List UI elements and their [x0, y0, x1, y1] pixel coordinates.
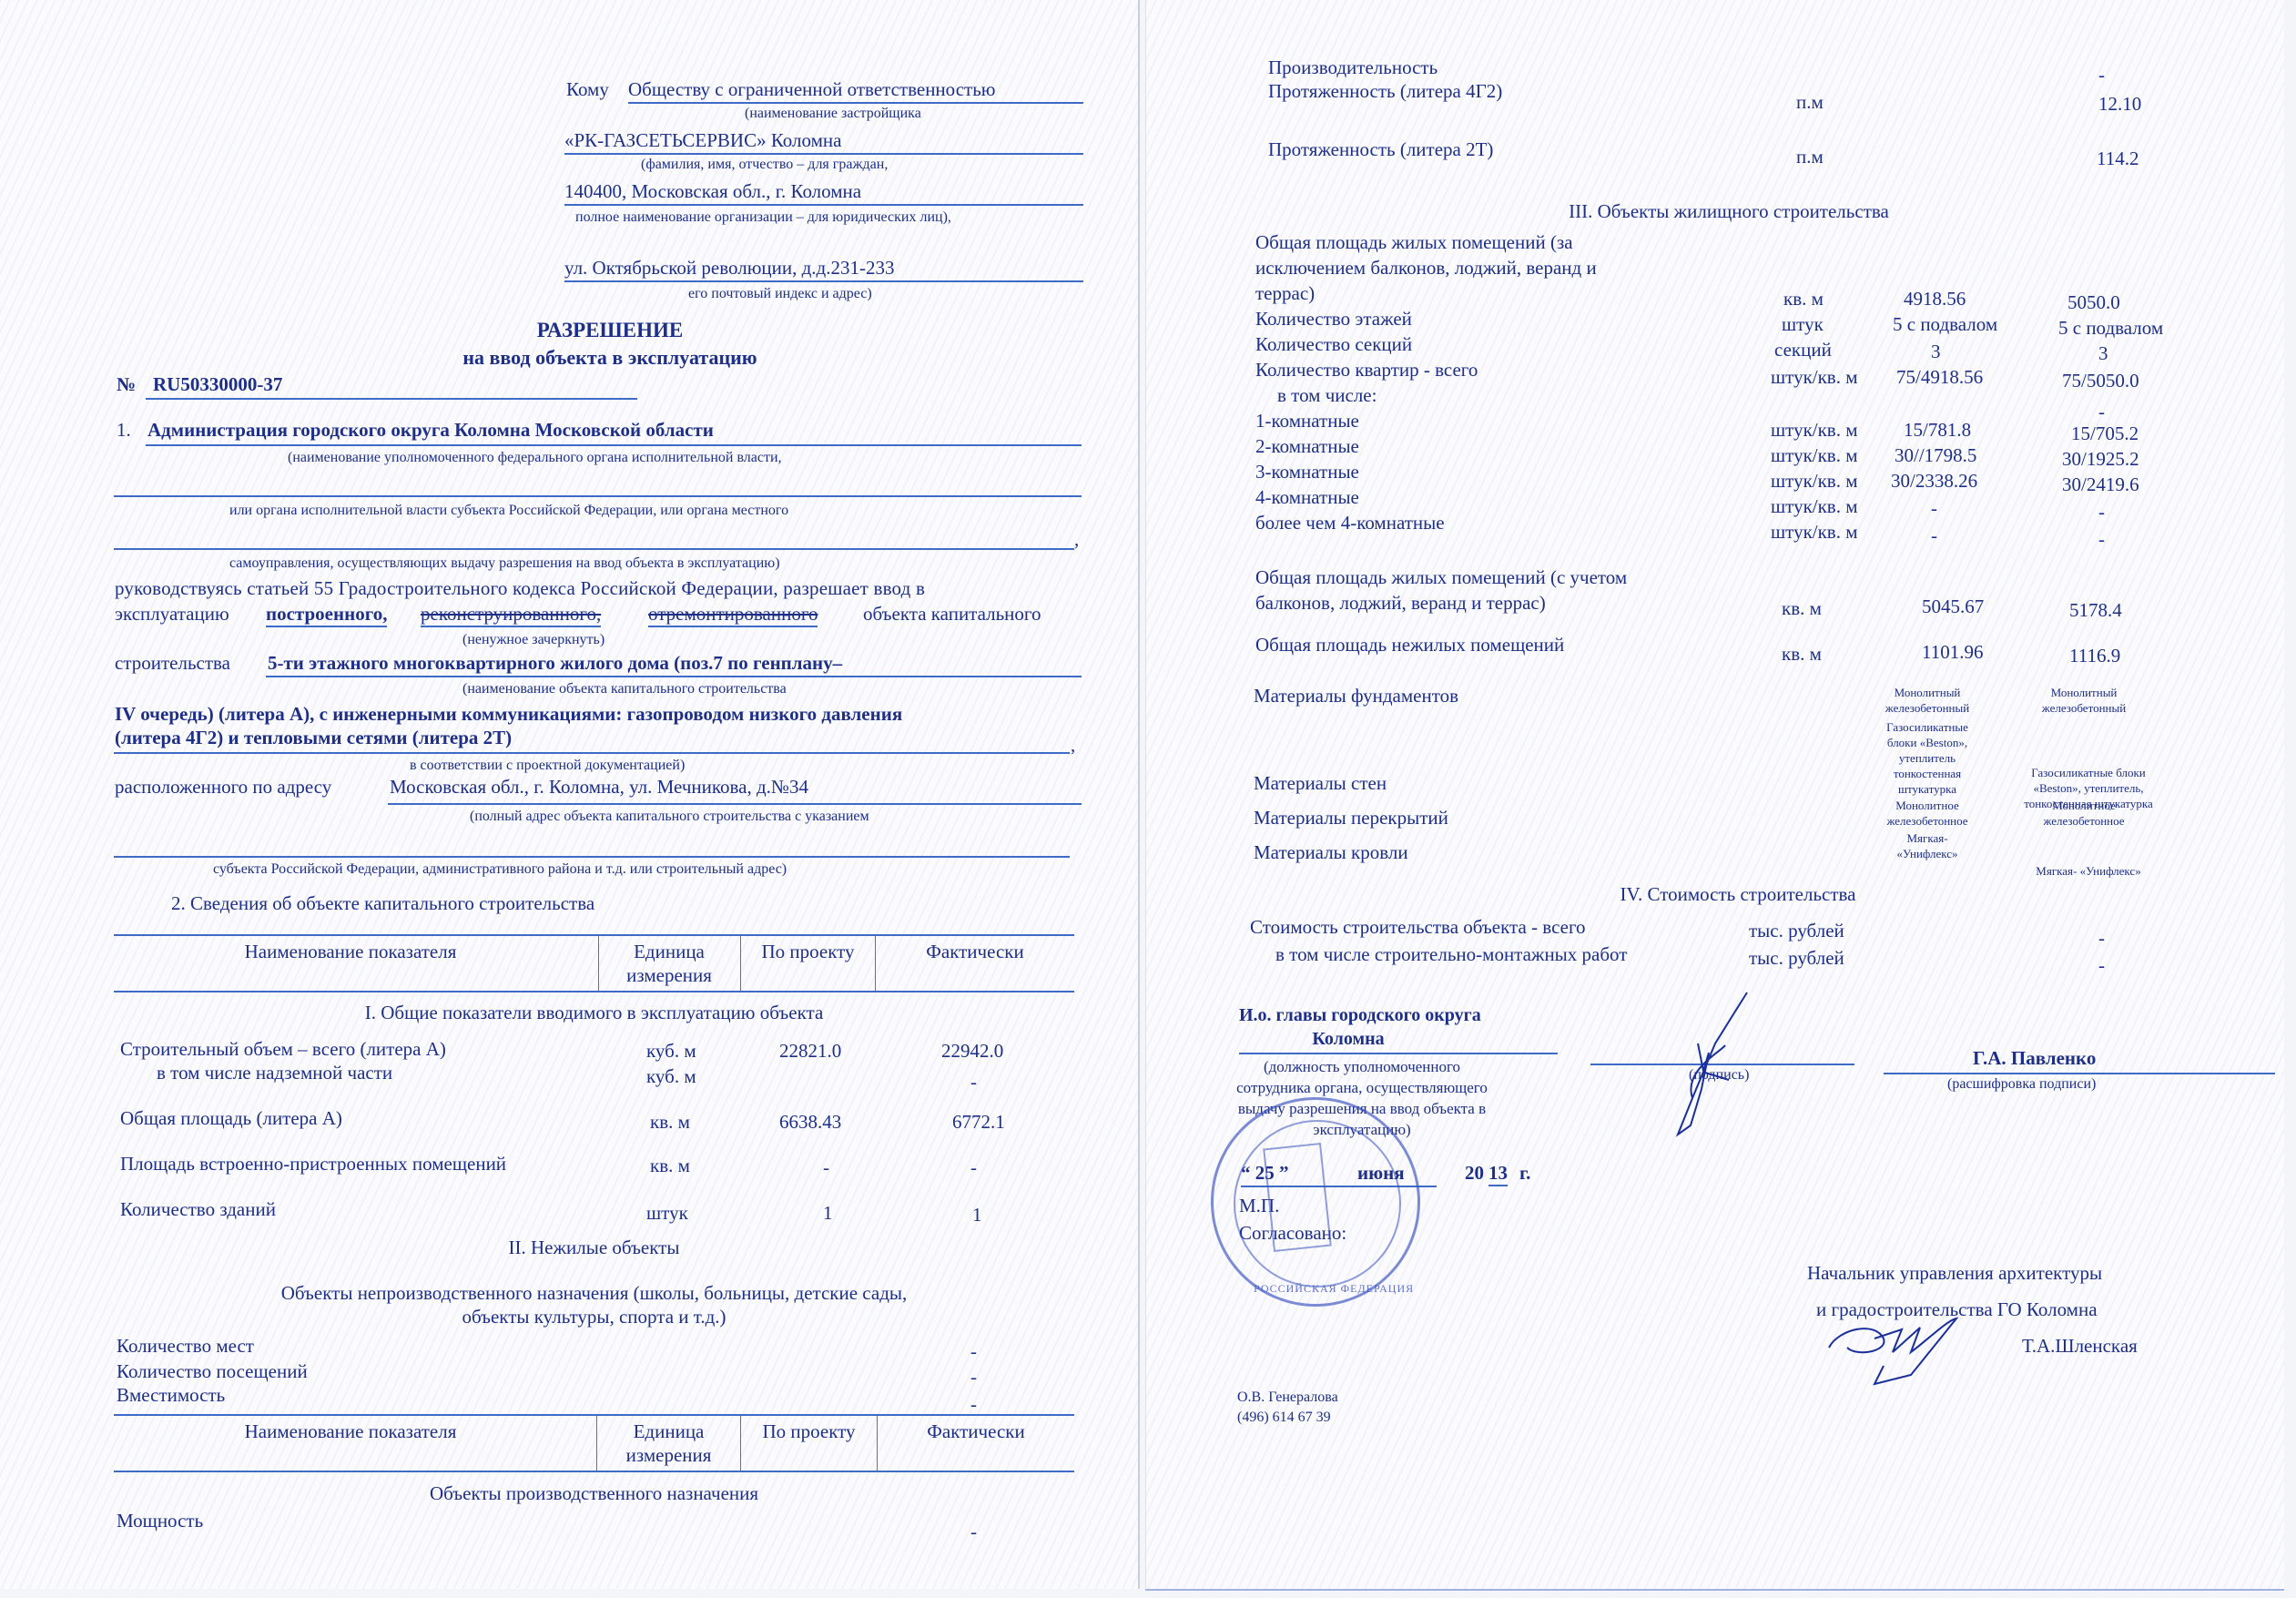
row-label: в том числе: [1277, 384, 1377, 407]
total-with-balconies-label-2: балконов, лоджий, веранд и террас) [1255, 592, 1546, 615]
row-label: Площадь встроенно-пристроенных помещений [120, 1153, 506, 1176]
row-unit: тыс. рублей [1749, 947, 1844, 970]
materials-roof-label: Материалы кровли [1254, 841, 1408, 864]
comma: , [1071, 734, 1075, 757]
row-project: 15/781.8 [1904, 419, 1971, 442]
row-unit: кв. м [650, 1111, 690, 1134]
stamp-caption: РОССИЙСКАЯ ФЕДЕРАЦИЯ [1254, 1282, 1414, 1296]
authority-name: Администрация городского округа Коломна … [147, 419, 714, 442]
date-year-prefix: 20 [1465, 1162, 1484, 1185]
row-project: 75/4918.56 [1896, 366, 1983, 389]
col-unit: Единица измерения [596, 1416, 740, 1471]
strike-hint: (ненужное зачеркнуть) [462, 632, 604, 648]
addressee-hint-3: полное наименование организации – для юр… [575, 209, 951, 226]
row-actual: - [970, 1156, 977, 1179]
row-unit: п.м [1796, 91, 1824, 114]
row-unit: куб. м [646, 1065, 696, 1088]
row-unit: штук/кв. м [1771, 366, 1858, 389]
underline [628, 102, 1083, 104]
section-2-title: 2. Сведения об объекте капитального стро… [171, 892, 594, 915]
row-project: 3 [1931, 341, 1941, 363]
row-unit: кв. м [1782, 643, 1822, 666]
row-unit: кв. м [1783, 288, 1824, 310]
row-project: - [1931, 497, 1937, 520]
project-walls: Газосиликатные блоки «Beston», утеплител… [1884, 719, 1971, 797]
section-II-title: II. Нежилые объекты [114, 1237, 1074, 1259]
row-actual: 3 [2098, 342, 2108, 365]
left-page: Кому Обществу с ограниченной ответственн… [0, 0, 1140, 1589]
row-actual: - [2098, 528, 2105, 551]
living-area-label-2: исключением балконов, лоджий, веранд и [1255, 257, 1597, 280]
row-unit: п.м [1796, 146, 1824, 168]
underline [146, 444, 1082, 446]
row-unit: штук/кв. м [1771, 419, 1858, 442]
row-actual: - [970, 1340, 977, 1363]
underline [114, 752, 1070, 754]
approver-name: Т.А.Шленская [2022, 1335, 2138, 1358]
signature-hint: (подпись) [1689, 1067, 1749, 1084]
addressee-hint-4: его почтовый индекс и адрес) [688, 286, 872, 302]
row-actual: - [2098, 501, 2105, 524]
section-I-title: I. Общие показатели вводимого в эксплуат… [114, 1002, 1074, 1024]
project-roof: Мягкая- «Унифлекс» [1891, 830, 1964, 861]
object-name-line-3: (литера 4Г2) и тепловыми сетями (литера … [115, 727, 512, 749]
option-reconstructed: реконструированного, [421, 603, 601, 627]
row-actual: 1116.9 [2069, 645, 2120, 667]
underline [1884, 1073, 2275, 1074]
row-unit: штук/кв. м [1771, 444, 1858, 467]
row-actual: 5050.0 [2067, 291, 2120, 314]
row-actual: 30/2419.6 [2062, 473, 2139, 496]
row-actual: 15/705.2 [2071, 422, 2139, 445]
project-foundation: Монолитный железобетонный [1884, 685, 1971, 716]
object-hint-2: в соответствии с проектной документацией… [410, 758, 685, 774]
addressee-hint-2: (фамилия, имя, отчество – для граждан, [641, 157, 888, 173]
materials-foundation-label: Материалы фундаментов [1254, 685, 1458, 707]
underline [1239, 1053, 1558, 1054]
paragraph-suffix: объекта капитального [863, 603, 1041, 626]
table-header: Наименование показателя Единица измерени… [114, 1414, 1074, 1472]
underline [114, 856, 1070, 858]
row-actual: 114.2 [2097, 148, 2139, 170]
row-label: более чем 4-комнатные [1255, 512, 1445, 534]
row-actual: 5 с подвалом [2058, 317, 2163, 340]
section-III-title: III. Объекты жилищного строительства [1246, 200, 2211, 223]
object-address: Московская обл., г. Коломна, ул. Мечнико… [390, 776, 808, 799]
row-actual: - [2098, 401, 2105, 423]
permit-number: RU50330000-37 [153, 373, 282, 396]
underline [564, 204, 1083, 206]
row-label: 4-комнатные [1255, 486, 1359, 509]
row-unit: штук [646, 1202, 688, 1225]
materials-walls-label: Материалы стен [1254, 772, 1387, 795]
prod-title: Объекты производственного назначения [114, 1482, 1074, 1505]
row-project: 22821.0 [779, 1040, 841, 1063]
row-actual: - [2098, 64, 2105, 87]
row-unit: кв. м [1782, 597, 1822, 620]
col-project: По проекту [740, 936, 875, 991]
row-actual: - [970, 1366, 977, 1389]
col-actual: Фактически [875, 936, 1074, 991]
row-actual: - [970, 1521, 977, 1543]
row-label: Количество секций [1255, 333, 1412, 356]
underline [564, 280, 1083, 282]
underline [266, 676, 1082, 677]
underline [146, 398, 637, 400]
actual-floors: Монолитное железобетонное [2038, 798, 2129, 829]
row-actual: - [970, 1071, 977, 1094]
actual-roof: Мягкая- «Унифлекс» [2020, 863, 2157, 879]
row-project: 1 [823, 1202, 833, 1225]
to-label: Кому [566, 78, 609, 101]
row-label: Количество этажей [1255, 308, 1412, 331]
nonprod-title-2: объекты культуры, спорта и т.д.) [114, 1306, 1074, 1328]
col-name: Наименование показателя [114, 1416, 587, 1471]
row-unit: штук/кв. м [1771, 470, 1858, 493]
row-actual: 30/1925.2 [2062, 448, 2139, 471]
contact-name: О.В. Генералова [1237, 1389, 1338, 1406]
row-actual: - [2098, 954, 2105, 977]
project-floors: Монолитное железобетонное [1884, 798, 1971, 829]
row-label: Протяженность (литера 4Г2) [1268, 80, 1502, 103]
underline [114, 548, 1074, 550]
addressee-line-4: ул. Октябрьской революции, д.д.231-233 [564, 257, 894, 280]
paragraph-line-1: руководствуясь статьей 55 Градостроитель… [115, 577, 925, 600]
row-actual: 6772.1 [952, 1111, 1005, 1134]
materials-floors-label: Материалы перекрытий [1254, 807, 1448, 830]
signatory-name-hint: (расшифровка подписи) [1947, 1076, 2096, 1093]
row-label: Количество квартир - всего [1255, 359, 1478, 382]
row-actual: - [970, 1393, 977, 1416]
total-with-balconies-label-1: Общая площадь жилых помещений (с учетом [1255, 566, 1627, 589]
row-unit: кв. м [650, 1155, 690, 1177]
row-project: 30//1798.5 [1895, 444, 1976, 467]
row-unit: штук [1782, 313, 1824, 336]
row-label: Количество мест [117, 1335, 254, 1358]
option-built: построенного, [266, 603, 387, 627]
row-label: в том числе надземной части [157, 1062, 392, 1084]
section-IV-title: IV. Стоимость строительства [1547, 883, 1929, 906]
signature-icon [1820, 1311, 1984, 1393]
row-label: Стоимость строительства объекта - всего [1250, 916, 1586, 939]
row-unit: куб. м [646, 1040, 696, 1063]
authority-hint-1: (наименование уполномоченного федерально… [288, 450, 782, 466]
row-label: Количество зданий [120, 1198, 276, 1221]
signatory-name: Г.А. Павленко [1973, 1047, 2096, 1070]
comma: , [1074, 528, 1079, 551]
row-label: Производительность [1268, 56, 1438, 79]
row-unit: штук/кв. м [1771, 521, 1858, 544]
underline [114, 495, 1082, 497]
living-area-label-1: Общая площадь жилых помещений (за [1255, 231, 1573, 254]
row-unit: штук/кв. м [1771, 495, 1858, 518]
right-page: Производительность - Протяженность (лите… [1145, 0, 2284, 1591]
col-unit: Единица измерения [598, 936, 739, 991]
row-label: 2-комнатные [1255, 435, 1359, 458]
number-label: № [117, 373, 136, 396]
row-label: в том числе строительно-монтажных работ [1275, 943, 1627, 966]
actual-foundation: Монолитный железобетонный [2038, 685, 2129, 716]
signatory-position-1: И.о. главы городского округа [1239, 1005, 1458, 1026]
nonprod-title-1: Объекты непроизводственного назначения (… [114, 1282, 1074, 1305]
row-unit: тыс. рублей [1749, 920, 1844, 942]
addressee-line-3: 140400, Московская обл., г. Коломна [564, 180, 861, 203]
row-project: 5 с подвалом [1893, 313, 1997, 336]
address-hint-2: субъекта Российской Федерации, администр… [213, 861, 787, 878]
underline [388, 803, 1082, 805]
date-year: 13 [1488, 1162, 1508, 1186]
row-label: Протяженность (литера 2Т) [1268, 138, 1493, 161]
contact-phone: (496) 614 67 39 [1237, 1410, 1331, 1426]
signatory-position-2: Коломна [1239, 1029, 1458, 1050]
official-stamp-icon: РОССИЙСКАЯ ФЕДЕРАЦИЯ [1211, 1097, 1420, 1307]
addressee-hint-1: (наименование застройщика [745, 106, 921, 122]
col-name: Наименование показателя [114, 936, 587, 991]
object-name-line-1: 5-ти этажного многоквартирного жилого до… [268, 652, 842, 675]
living-area-label-3: террас) [1255, 282, 1315, 305]
object-name-line-2: IV очередь) (литера А), с инженерными ко… [115, 703, 902, 726]
row-project: 1101.96 [1922, 641, 1983, 664]
authority-number: 1. [117, 419, 131, 442]
date-year-suffix: г. [1519, 1162, 1530, 1185]
option-repaired: отремонтированного [648, 603, 818, 627]
row-label: Строительный объем – всего (литера А) [120, 1038, 446, 1061]
address-prefix: расположенного по адресу [115, 776, 331, 799]
row-actual: 5178.4 [2069, 599, 2122, 622]
authority-hint-3: самоуправления, осуществляющих выдачу ра… [229, 555, 780, 572]
row-label: Вместимость [117, 1384, 225, 1407]
row-actual: 12.10 [2098, 93, 2141, 116]
row-label: 3-комнатные [1255, 461, 1359, 483]
row-label: Количество посещений [117, 1360, 308, 1383]
row-label: Мощность [117, 1510, 203, 1532]
object-prefix: строительства [115, 652, 230, 675]
row-project: 4918.56 [1904, 288, 1966, 310]
row-unit: секций [1774, 339, 1832, 361]
document-subtitle: на ввод объекта в эксплуатацию [109, 346, 1111, 370]
document-title: РАЗРЕШЕНИЕ [109, 319, 1111, 342]
row-actual: - [2098, 927, 2105, 950]
row-project: 6638.43 [779, 1111, 841, 1134]
row-project: 30/2338.26 [1891, 470, 1977, 493]
underline [564, 153, 1083, 155]
row-label: Общая площадь нежилых помещений [1255, 634, 1564, 657]
row-label: Общая площадь (литера А) [120, 1107, 342, 1130]
table-header: Наименование показателя Единица измерени… [114, 934, 1074, 992]
approver-line-1: Начальник управления архитектуры [1807, 1262, 2102, 1285]
row-label: 1-комнатные [1255, 410, 1359, 433]
col-project: По проекту [740, 1416, 877, 1471]
row-project: - [823, 1156, 829, 1179]
addressee-line-1: Обществу с ограниченной ответственностью [628, 78, 995, 101]
row-project: - [1931, 524, 1937, 547]
row-actual: 22942.0 [941, 1040, 1003, 1063]
address-hint-1: (полный адрес объекта капитального строи… [470, 809, 869, 825]
object-hint-1: (наименование объекта капитального строи… [462, 681, 787, 697]
row-actual: 75/5050.0 [2062, 370, 2139, 392]
col-actual: Фактически [877, 1416, 1074, 1471]
row-project: 5045.67 [1922, 595, 1984, 618]
addressee-line-2: «РК-ГАЗСЕТЬСЕРВИС» Коломна [564, 129, 841, 152]
row-actual: 1 [972, 1204, 982, 1226]
signature-icon [1638, 989, 1765, 1144]
authority-hint-2: или органа исполнительной власти субъект… [229, 503, 788, 519]
paragraph-prefix: эксплуатацию [115, 603, 229, 626]
